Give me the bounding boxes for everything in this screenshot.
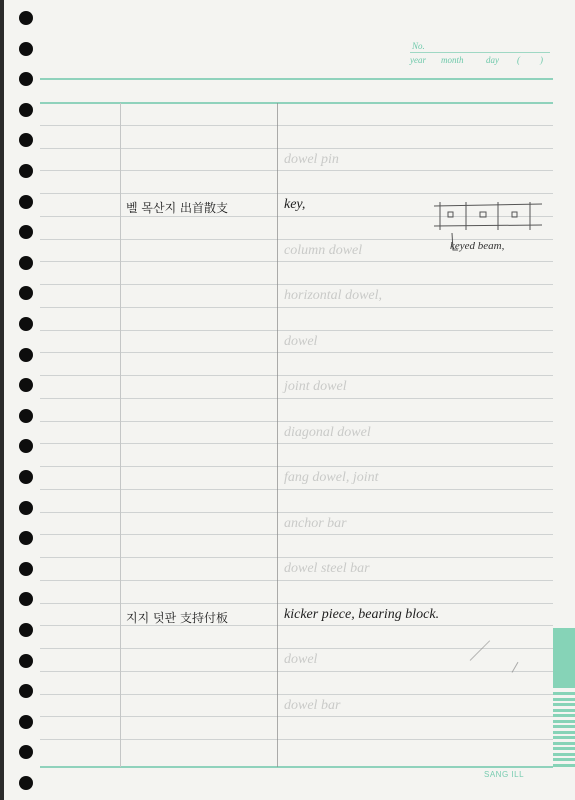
green-rule (40, 78, 553, 80)
ruled-line (40, 284, 553, 285)
binder-hole (19, 42, 33, 56)
column-divider (277, 103, 278, 767)
tab-stripe (553, 692, 575, 695)
green-rule (40, 766, 553, 768)
tab-stripe (553, 709, 575, 712)
ruled-line (40, 716, 553, 717)
index-tab (553, 628, 575, 688)
ruled-line (40, 148, 553, 149)
ruled-line (40, 421, 553, 422)
ruled-line (40, 307, 553, 308)
binder-hole (19, 776, 33, 790)
tab-stripe (553, 698, 575, 701)
ruled-line (40, 603, 553, 604)
tab-stripe (553, 764, 575, 767)
entry-english: key, (284, 197, 305, 213)
binder-hole (19, 164, 33, 178)
binder-hole (19, 11, 33, 25)
ruled-line (40, 375, 553, 376)
entry-english: dowel pin (284, 152, 339, 168)
entry-english: kicker piece, bearing block. (284, 607, 439, 623)
binder-hole (19, 654, 33, 668)
entry-english: fang dowel, joint (284, 470, 379, 486)
ruled-line (40, 352, 553, 353)
tab-stripe (553, 731, 575, 734)
ruled-line (40, 443, 553, 444)
ruled-line (40, 625, 553, 626)
entry-english: dowel bar (284, 698, 340, 714)
entry-english: dowel steel bar (284, 561, 370, 577)
tab-stripe (553, 753, 575, 756)
binder-hole (19, 317, 33, 331)
binder-hole (19, 715, 33, 729)
day-label: day (486, 55, 499, 65)
sketch-caption: keyed beam, (450, 240, 504, 252)
ruled-line (40, 330, 553, 331)
no-label: No. (412, 41, 425, 51)
binder-hole (19, 195, 33, 209)
binder-hole (19, 348, 33, 362)
tab-stripe (553, 758, 575, 761)
binder-hole (19, 531, 33, 545)
ruled-line (40, 534, 553, 535)
binder-hole (19, 592, 33, 606)
tab-stripe (553, 714, 575, 717)
header-divider (410, 52, 550, 53)
binder-hole (19, 103, 33, 117)
binder-hole (19, 439, 33, 453)
ruled-line (40, 489, 553, 490)
green-rule (40, 102, 553, 104)
brand-label: SANG ILL (484, 770, 524, 779)
tab-stripe (553, 703, 575, 706)
ruled-line (40, 125, 553, 126)
ruled-line (40, 170, 553, 171)
tab-stripe (553, 747, 575, 750)
ruled-line (40, 398, 553, 399)
ruled-line (40, 739, 553, 740)
ruled-line (40, 557, 553, 558)
binder-hole (19, 470, 33, 484)
ruled-line (40, 671, 553, 672)
binder-hole (19, 256, 33, 270)
binder-hole (19, 623, 33, 637)
entry-english: anchor bar (284, 516, 347, 532)
entry-english: dowel (284, 652, 317, 668)
binder-hole (19, 745, 33, 759)
pencil-mark (470, 640, 491, 661)
ruled-line (40, 694, 553, 695)
ruled-line (40, 512, 553, 513)
year-label: year (410, 55, 426, 65)
entry-english: joint dowel (284, 379, 347, 395)
entry-korean: 벨 목산지 出首散支 (126, 199, 228, 216)
margin-line (120, 103, 121, 767)
binder-hole (19, 286, 33, 300)
binder-hole (19, 225, 33, 239)
notebook-page: No. year month day ( ) dowel pin벨 목산지 出首… (4, 0, 575, 800)
ruled-line (40, 193, 553, 194)
ruled-line (40, 466, 553, 467)
entry-korean: 지지 덧판 支持付板 (126, 609, 228, 626)
paren-close: ) (540, 55, 543, 65)
tab-stripe (553, 736, 575, 739)
binder-hole (19, 72, 33, 86)
binder-hole (19, 684, 33, 698)
paren-open: ( (517, 55, 520, 65)
entry-english: diagonal dowel (284, 425, 371, 441)
binder-hole (19, 501, 33, 515)
binder-hole (19, 378, 33, 392)
entry-english: dowel (284, 334, 317, 350)
binder-hole (19, 562, 33, 576)
tab-stripe (553, 725, 575, 728)
tab-stripe (553, 720, 575, 723)
entry-english: column dowel (284, 243, 362, 259)
tab-stripe (553, 742, 575, 745)
binder-hole (19, 409, 33, 423)
binder-hole (19, 133, 33, 147)
ruled-line (40, 648, 553, 649)
ruled-line (40, 261, 553, 262)
month-label: month (441, 55, 464, 65)
ruled-line (40, 580, 553, 581)
entry-english: horizontal dowel, (284, 288, 382, 304)
